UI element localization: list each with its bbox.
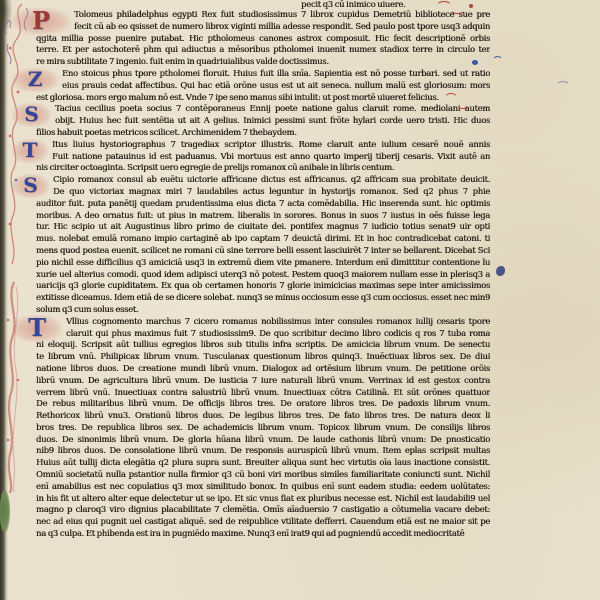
text-block: pecit q3 cū inimico uiuere. PTolomeus ph… [36,0,490,548]
illuminated-initial-ptolomeus: P [12,8,70,35]
illuminated-initial-titus-livius: T [12,139,48,163]
illuminated-initial-zeno: Z [12,68,58,92]
illuminated-initial-scipio: S [12,174,49,198]
blue-ink-dot [472,60,478,65]
text-line: claruit qui phus maximus fuit 7 studiosi… [66,328,490,340]
text-line: mus. nolebat emulā romano impio cartagin… [36,233,490,245]
text-line: Omniū societatū nulla pstantior nulla fi… [36,469,490,481]
corner-stain [0,0,12,34]
text-line: ni eloquij. Scripsit aūt tullius egregio… [36,339,490,351]
text-line: Vllius cognomento marchus 7 cicero roman… [66,316,490,328]
red-pen-squiggle-top [436,1,466,12]
text-line: duos. De sinonimis librū vnum. De gloria… [36,434,490,446]
paragraph-zeno: ZEno stoicus phus tpore ptholomei florui… [36,68,490,103]
text-line: librū vnum. De agricultura librū vnum. D… [36,375,490,387]
text-line: fecit cū ab eo qsisset de numero librox … [74,21,490,33]
paragraph-titus-livius: TItus liuius hystoriographus 7 tragediax… [36,139,490,174]
text-line: De quo victoriax magnax miri 7 laudabile… [53,186,490,198]
green-edge-stain [0,490,10,532]
text-line: nis circiter octoaginta. Scripsit uero e… [36,162,490,174]
text-line: Itus liuius hystoriographus 7 tragediax … [52,139,490,151]
text-line: verrem librū vnū. Inuectiuax contra salu… [36,387,490,399]
text-line: te librum vnū. Philipicax librum vnum. T… [36,351,490,363]
text-line: Huius aūt tullij dicta elegātia q2 plura… [36,457,490,469]
text-line: Eno stoicus phus tpore ptholomei floruit… [62,68,490,80]
text-line: mens quod postea euenit. scilicet ne rom… [36,245,490,257]
text-line: auditor fuit. puta panētij quedam pruden… [36,198,490,210]
paragraph-statius: STacius cecilius poeta socius 7 contēpor… [36,103,490,138]
paragraph-tullius-cicero: TVllius cognomento marchus 7 cicero roma… [36,316,490,540]
text-line: nec ad eius qui pugnit uel castigat aliq… [36,516,490,528]
text-line: filios habuit poetas metricos scilicet. … [36,127,490,139]
text-line: Fuit natione patauinus id est paduanus. … [52,151,490,163]
text-line: eius prauis cedat affectibus. Qui hac et… [62,80,490,92]
blue-ink-blot [496,266,505,276]
text-line: magno p claroq3 viro dignius placabilita… [36,504,490,516]
book-page: pecit q3 cū inimico uiuere. PTolomeus ph… [0,0,600,600]
red-pen-dot-top [469,4,473,8]
text-line: Tolomeus philadelphus egypti Rex fuit st… [74,9,490,21]
text-line: obijt. Huius hec fuit sentētia ut ait A … [55,115,490,127]
text-line: moribus. A deo ornatus fuit: ut pius in … [36,210,490,222]
paragraph-ptolomeus: PTolomeus philadelphus egypti Rex fuit s… [36,9,490,68]
red-pen-flourish [444,93,469,107]
text-line: Tacius cecilius poeta socius 7 contēpora… [55,103,490,115]
text-line: pio nichil esse difficilius q3 amiciciā … [36,257,490,269]
text-line: tur. Hic scipio ut ait Augustinus libro … [36,221,490,233]
text-line: bros tres. De republica libros sex. De a… [36,422,490,434]
text-line: solum q3 cum solus esset. [36,304,490,316]
text-line: in his fit ut altero alter eque delectet… [36,493,490,505]
text-line: uaricijs q3 glorie cupiditatem. Ex qua o… [36,280,490,292]
top-partial-text-line: pecit q3 cū inimico uiuere. [36,0,490,9]
paragraph-scipio: SCipio romanox consul ab euētu uictorie … [36,174,490,316]
text-line: enī amabilius est nec copulatius q3 mox … [36,481,490,493]
text-line: De rebus militaribus librū vnum. De offi… [36,398,490,410]
faint-blue-arc [556,81,570,92]
blue-pen-tick [492,56,503,66]
text-line: na q3 culpa. Et phibenda est ira in pugn… [36,528,490,540]
illuminated-initial-tullius-cicero: T [12,315,62,342]
text-line: Cipio romanox consul ab euētu uictorie a… [53,174,490,186]
text-line: Rethoricox librū vnu3. Orationū libros d… [36,410,490,422]
text-line: re mira subtilitate 7 ingenio. fuit enim… [36,56,490,68]
text-line: nib9 libros duos. De consolatione librū … [36,445,490,457]
text-line: qgita millia posse puenire putabat. Hic … [36,33,490,45]
text-line: xurie uel alterius comodi. quod idem adi… [36,269,490,281]
text-line: natione libros duos. De creatione mundi … [36,363,490,375]
illuminated-initial-statius: S [12,103,51,127]
text-line: extitisse diceamus. Idem etiā de se dice… [36,292,490,304]
text-line: terre. Et per astochoterē phm qui adiuct… [36,44,490,56]
text-line: est gloriosa. mors ergo malum nō est. Vn… [36,92,490,104]
